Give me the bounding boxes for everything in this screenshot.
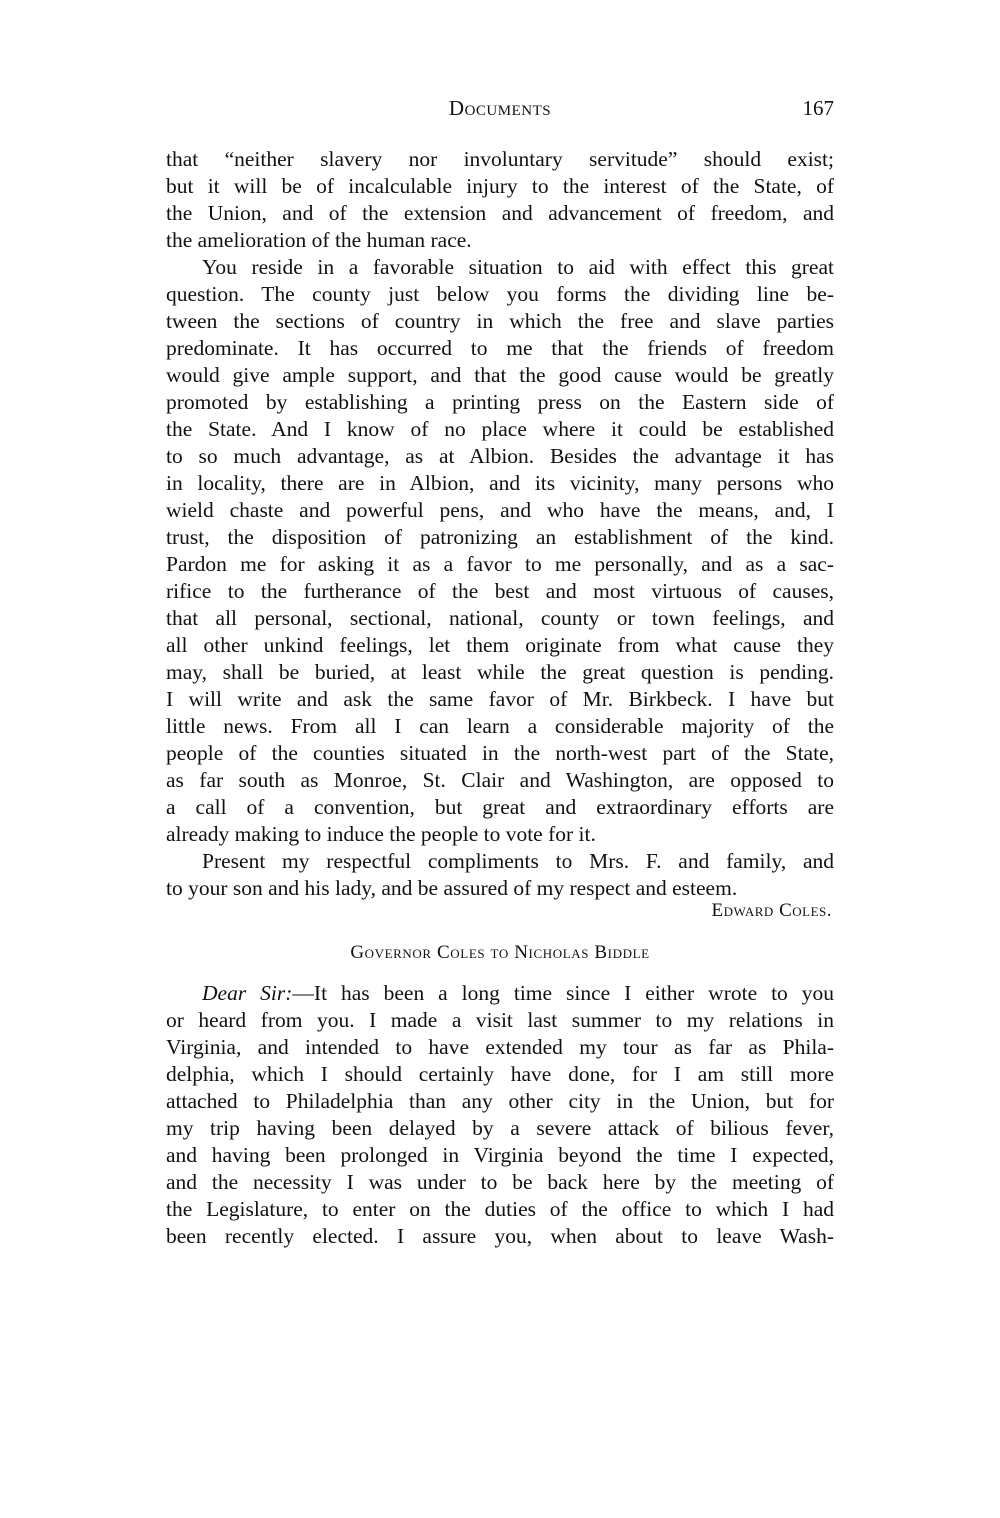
text-line: and having been prolonged in Virginia be… <box>166 1142 834 1169</box>
running-head: Documents 167 <box>166 96 834 126</box>
first-line-text: —It has been a long time since I either … <box>292 981 834 1005</box>
text-line: promoted by establishing a printing pres… <box>166 389 834 416</box>
text-line: a call of a convention, but great and ex… <box>166 794 834 821</box>
text-line: predominate. It has occurred to me that … <box>166 335 834 362</box>
text-line: I will write and ask the same favor of M… <box>166 686 834 713</box>
text-line: may, shall be buried, at least while the… <box>166 659 834 686</box>
text-line: been recently elected. I assure you, whe… <box>166 1223 834 1250</box>
text-line: people of the counties situated in the n… <box>166 740 834 767</box>
text-line: to your son and his lady, and be assured… <box>166 875 834 902</box>
text-line: already making to induce the people to v… <box>166 821 834 848</box>
text-line: You reside in a favorable situation to a… <box>166 254 834 281</box>
text-line: little news. From all I can learn a cons… <box>166 713 834 740</box>
text-line: to so much advantage, as at Albion. Besi… <box>166 443 834 470</box>
running-head-title: Documents <box>166 96 834 121</box>
text-line: the Legislature, to enter on the duties … <box>166 1196 834 1223</box>
text-line: would give ample support, and that the g… <box>166 362 834 389</box>
salutation: Dear Sir: <box>202 981 292 1005</box>
text-line: Dear Sir:—It has been a long time since … <box>166 980 834 1007</box>
text-line: Virginia, and intended to have extended … <box>166 1034 834 1061</box>
text-line: Pardon me for asking it as a favor to me… <box>166 551 834 578</box>
text-line: but it will be of incalculable injury to… <box>166 173 834 200</box>
text-line: in locality, there are in Albion, and it… <box>166 470 834 497</box>
text-line: that all personal, sectional, national, … <box>166 605 834 632</box>
text-line: the amelioration of the human race. <box>166 227 834 254</box>
text-line: Present my respectful compliments to Mrs… <box>166 848 834 875</box>
page-number: 167 <box>803 96 835 121</box>
section-heading: Governor Coles to Nicholas Biddle <box>166 942 834 964</box>
text-line: attached to Philadelphia than any other … <box>166 1088 834 1115</box>
text-line: the Union, and of the extension and adva… <box>166 200 834 227</box>
text-line: or heard from you. I made a visit last s… <box>166 1007 834 1034</box>
text-line: and the necessity I was under to be back… <box>166 1169 834 1196</box>
text-line: that “neither slavery nor involuntary se… <box>166 146 834 173</box>
text-line: trust, the disposition of patronizing an… <box>166 524 834 551</box>
text-line: as far south as Monroe, St. Clair and Wa… <box>166 767 834 794</box>
text-line: rifice to the furtherance of the best an… <box>166 578 834 605</box>
text-line: my trip having been delayed by a severe … <box>166 1115 834 1142</box>
text-line: the State. And I know of no place where … <box>166 416 834 443</box>
text-line: wield chaste and powerful pens, and who … <box>166 497 834 524</box>
text-line: question. The county just below you form… <box>166 281 834 308</box>
signature: Edward Coles. <box>712 900 832 922</box>
text-line: all other unkind feelings, let them orig… <box>166 632 834 659</box>
text-line: delphia, which I should certainly have d… <box>166 1061 834 1088</box>
document-page: Documents 167 that “neither slavery nor … <box>0 0 1000 1518</box>
text-line: tween the sections of country in which t… <box>166 308 834 335</box>
